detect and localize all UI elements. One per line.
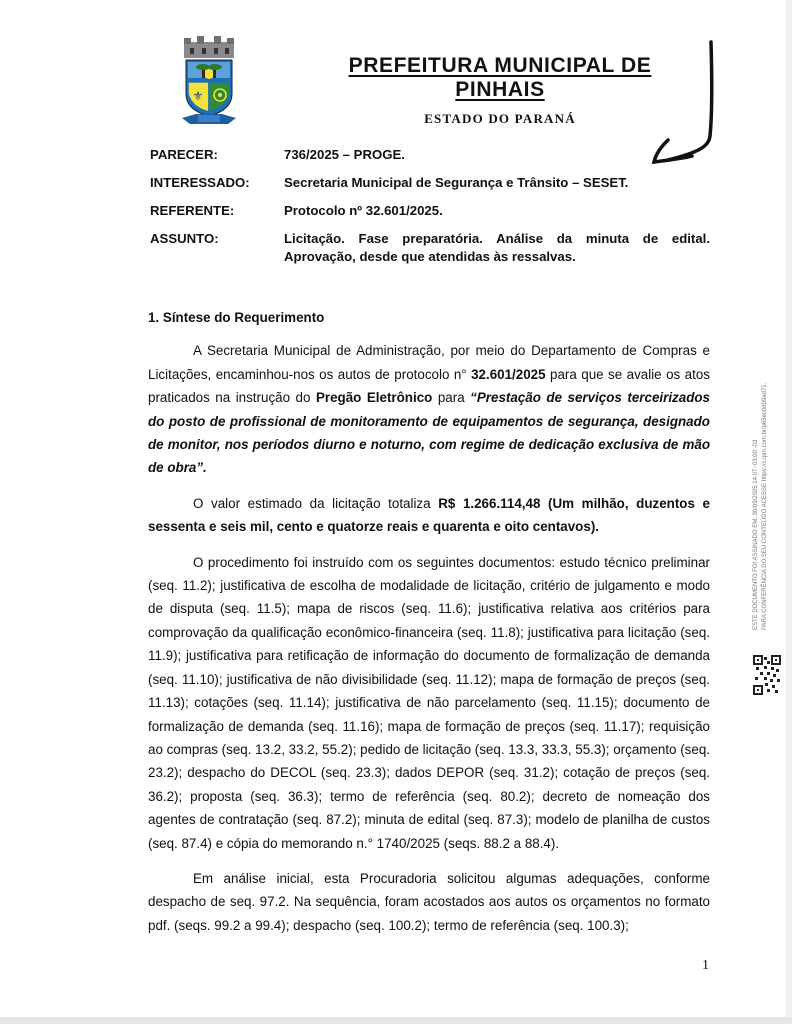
- qr-code-icon[interactable]: [753, 655, 781, 695]
- title-line-2: PINHAIS: [455, 78, 544, 101]
- signature-stamp: ESTE DOCUMENTO FOI ASSINADO EM: 30/09/20…: [752, 330, 782, 630]
- meta-value: Protocolo nº 32.601/2025.: [284, 202, 710, 220]
- meta-value: Secretaria Municipal de Segurança e Trân…: [284, 174, 710, 192]
- svg-text:⚜: ⚜: [193, 89, 204, 103]
- parecer-metadata: PARECER: 736/2025 – PROGE. INTERESSADO: …: [150, 146, 710, 276]
- stamp-text: ESTE DOCUMENTO FOI ASSINADO EM: 30/09/20…: [752, 330, 770, 630]
- meta-label: REFERENTE:: [150, 202, 284, 220]
- meta-value: Licitação. Fase preparatória. Análise da…: [284, 230, 710, 266]
- document-page: ⚜ PREFEITURA MUNICIPAL DE PINHAIS ESTADO…: [0, 0, 786, 1017]
- meta-value: 736/2025 – PROGE.: [284, 146, 710, 164]
- meta-row-referente: REFERENTE: Protocolo nº 32.601/2025.: [150, 202, 710, 220]
- viewer-bottom-edge: [0, 1017, 792, 1024]
- paragraph-request: A Secretaria Municipal de Administração,…: [148, 339, 710, 479]
- meta-row-parecer: PARECER: 736/2025 – PROGE.: [150, 146, 710, 164]
- stamp-line-1: ESTE DOCUMENTO FOI ASSINADO EM: 30/09/20…: [752, 330, 761, 630]
- page-number: 1: [702, 958, 709, 974]
- protocol-number: 32.601/2025: [471, 367, 545, 382]
- meta-label: PARECER:: [150, 146, 284, 164]
- coat-of-arms-icon: ⚜: [180, 36, 238, 128]
- title-line-1: PREFEITURA MUNICIPAL DE: [349, 54, 652, 77]
- meta-row-interessado: INTERESSADO: Secretaria Municipal de Seg…: [150, 174, 710, 192]
- paragraph-documents: O procedimento foi instruído com os segu…: [148, 551, 710, 855]
- section-heading: 1. Síntese do Requerimento: [148, 306, 710, 329]
- meta-label: ASSUNTO:: [150, 230, 284, 266]
- paragraph-value: O valor estimado da licitação totaliza R…: [148, 492, 710, 539]
- text: para: [432, 390, 470, 405]
- text: O valor estimado da licitação totaliza: [193, 496, 438, 511]
- viewer-edge: [786, 0, 792, 1024]
- paragraph-analysis: Em análise inicial, esta Procuradoria so…: [148, 867, 710, 937]
- document-body: 1. Síntese do Requerimento A Secretaria …: [148, 306, 710, 949]
- meta-label: INTERESSADO:: [150, 174, 284, 192]
- stamp-line-2[interactable]: PARA CONFERÊNCIA DO SEU CONTEÚDO ACESSE …: [761, 330, 770, 630]
- meta-row-assunto: ASSUNTO: Licitação. Fase preparatória. A…: [150, 230, 710, 266]
- modality: Pregão Eletrônico: [316, 390, 432, 405]
